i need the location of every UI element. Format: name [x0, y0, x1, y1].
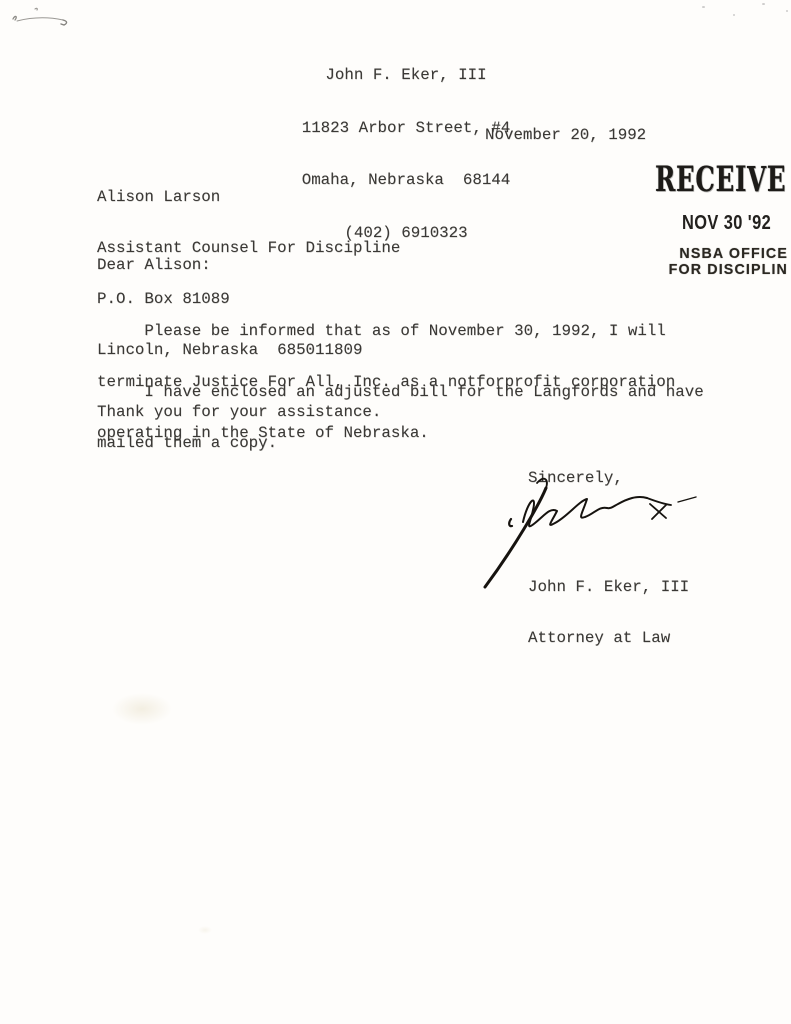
- scanned-letter-page: John F. Eker, III 11823 Arbor Street, #4…: [0, 0, 791, 1024]
- sender-street: 11823 Arbor Street, #4: [300, 120, 512, 138]
- letter-date: November 20, 1992: [485, 127, 646, 144]
- paragraph-2-line: I have enclosed an adjusted bill for the…: [97, 384, 704, 401]
- scan-speck: [733, 14, 735, 16]
- paragraph-1-line: Please be informed that as of November 3…: [97, 323, 675, 340]
- signature-name: John F. Eker, III: [528, 579, 689, 596]
- signature-block: John F. Eker, III Attorney at Law: [528, 545, 689, 681]
- received-date-stamp: NOV 30 '92: [682, 212, 771, 234]
- scan-speck: [762, 3, 765, 5]
- thanks-line: Thank you for your assistance.: [97, 404, 381, 421]
- recipient-name: Alison Larson: [97, 189, 400, 206]
- paragraph-2-line: mailed them a copy.: [97, 435, 704, 452]
- signature-title: Attorney at Law: [528, 630, 689, 647]
- office-stamp-line2: FOR DISCIPLIN: [655, 262, 788, 278]
- scan-speck: [786, 10, 788, 12]
- salutation: Dear Alison:: [97, 257, 211, 274]
- nsba-office-stamp: NSBA OFFICE FOR DISCIPLIN: [655, 246, 788, 278]
- scan-speck: [702, 6, 705, 8]
- office-stamp-line1: NSBA OFFICE: [655, 246, 788, 262]
- paper-smudge: [112, 693, 172, 725]
- recipient-title: Assistant Counsel For Discipline: [97, 240, 400, 257]
- pen-scribble-mark: [5, 4, 85, 32]
- sender-name: John F. Eker, III: [300, 67, 512, 85]
- paper-smudge: [198, 926, 212, 934]
- received-stamp: RECEIVE: [655, 161, 786, 199]
